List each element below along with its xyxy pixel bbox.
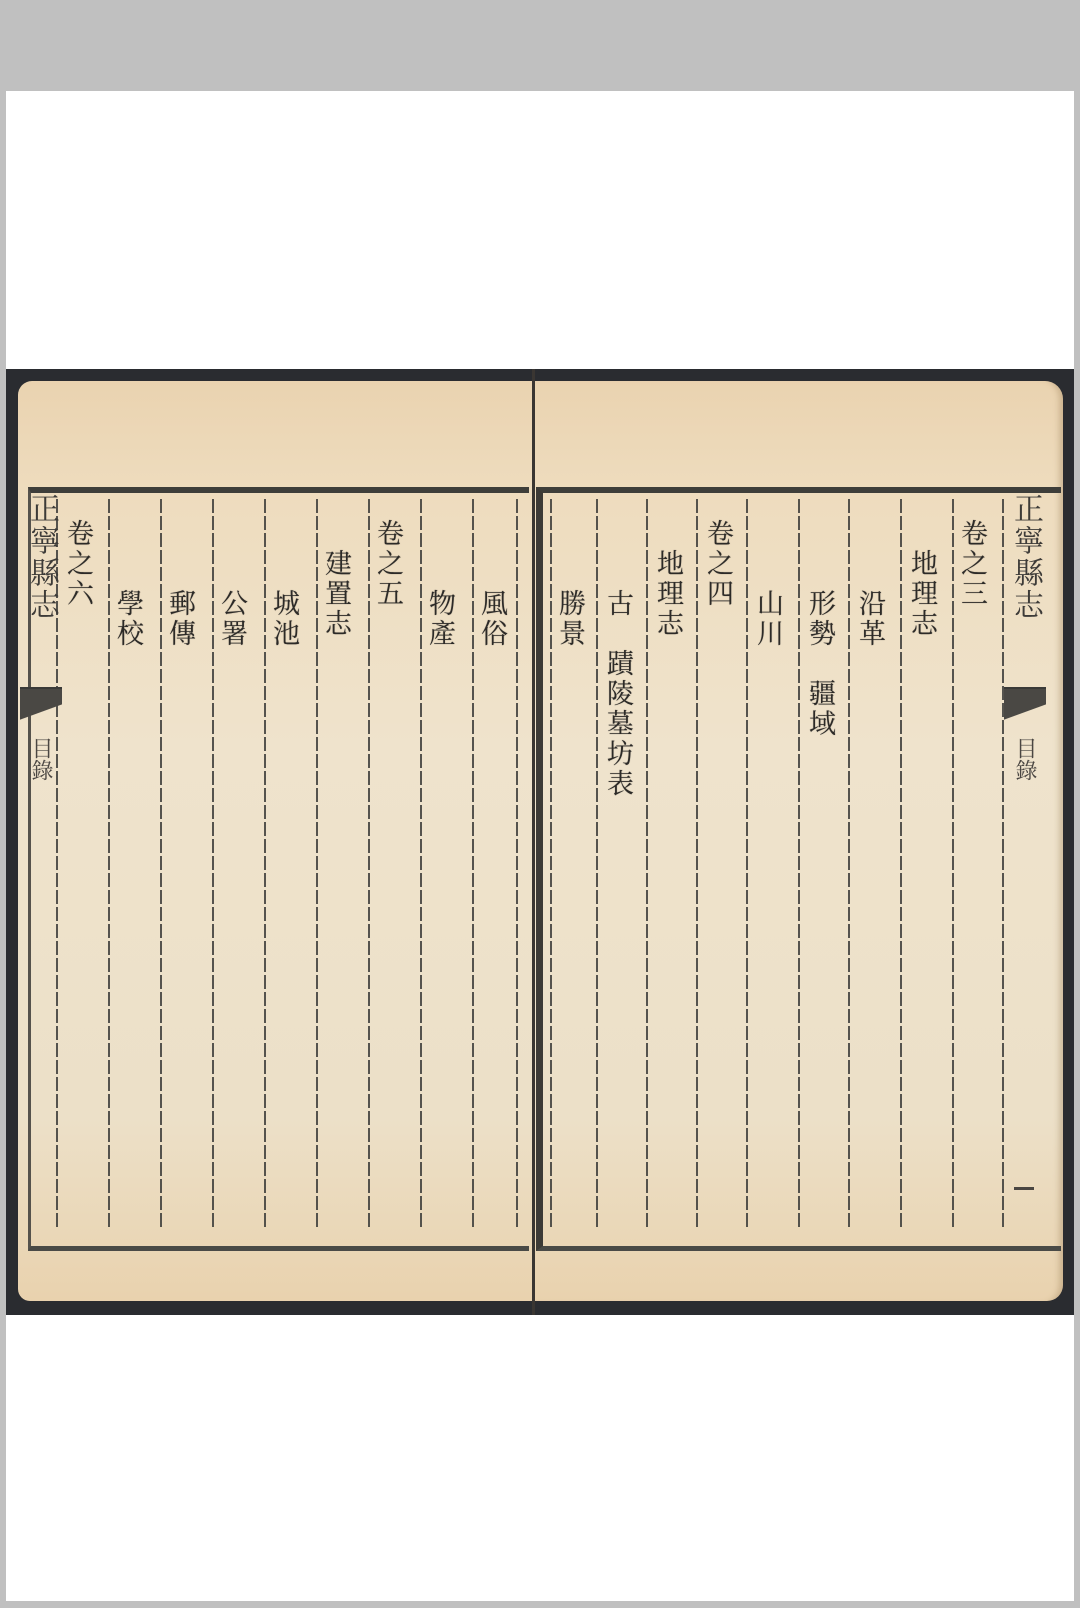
toc-volume-heading: 卷之四 bbox=[702, 519, 732, 609]
toc-entry: 城池 bbox=[268, 589, 298, 649]
banxin-title: 正寧縣志 bbox=[24, 493, 58, 621]
toc-entry: 學校 bbox=[112, 589, 142, 649]
fish-tail-mark-icon bbox=[20, 687, 62, 729]
column-rule bbox=[160, 499, 162, 1227]
column-rule bbox=[646, 499, 648, 1227]
toc-section-heading: 建置志 bbox=[320, 549, 350, 639]
column-rule bbox=[212, 499, 214, 1227]
toc-volume-heading: 卷之五 bbox=[372, 519, 402, 609]
column-rule bbox=[798, 499, 800, 1227]
column-rule bbox=[952, 499, 954, 1227]
toc-entry: 山川 bbox=[752, 589, 782, 649]
toc-entry: 郵傳 bbox=[164, 589, 194, 649]
banxin-left: 正寧縣志 目錄 bbox=[20, 487, 62, 1240]
toc-entry: 物產 bbox=[424, 589, 454, 649]
toc-entry: 公署 bbox=[216, 589, 246, 649]
banxin-section: 目錄 bbox=[1012, 737, 1040, 781]
column-rule bbox=[596, 499, 598, 1227]
column-rule bbox=[550, 499, 552, 1227]
column-rule bbox=[900, 499, 902, 1227]
image-viewer-canvas: 正寧縣志 目錄 正寧縣志 目錄 卷之三 地理志 沿革 形勢 疆域 山川 卷之四 … bbox=[6, 91, 1074, 1601]
toc-entry: 古 蹟陵墓坊表 bbox=[602, 589, 632, 799]
banxin-title: 正寧縣志 bbox=[1008, 493, 1042, 621]
toc-volume-heading: 卷之三 bbox=[956, 519, 986, 609]
column-rule bbox=[264, 499, 266, 1227]
column-rule bbox=[746, 499, 748, 1227]
toc-volume-heading: 卷之六 bbox=[62, 519, 92, 609]
column-rule bbox=[696, 499, 698, 1227]
book-scan: 正寧縣志 目錄 正寧縣志 目錄 卷之三 地理志 沿革 形勢 疆域 山川 卷之四 … bbox=[6, 369, 1074, 1315]
book-gutter bbox=[532, 369, 535, 1315]
toc-entry: 形勢 疆域 bbox=[804, 589, 834, 739]
column-rule bbox=[316, 499, 318, 1227]
toc-entry: 沿革 bbox=[854, 589, 884, 649]
column-rule bbox=[516, 499, 518, 1227]
banxin-section: 目錄 bbox=[28, 737, 56, 781]
column-rule bbox=[108, 499, 110, 1227]
column-rule bbox=[472, 499, 474, 1227]
banxin-right: 正寧縣志 目錄 bbox=[1004, 487, 1046, 1240]
column-rule bbox=[420, 499, 422, 1227]
column-rule bbox=[368, 499, 370, 1227]
column-rule bbox=[848, 499, 850, 1227]
toc-section-heading: 地理志 bbox=[906, 549, 936, 639]
fish-tail-mark-icon bbox=[1004, 687, 1046, 729]
toc-entry: 風俗 bbox=[476, 589, 506, 649]
page-number-mark bbox=[1014, 1187, 1034, 1190]
toc-entry: 勝景 bbox=[554, 589, 584, 649]
toc-section-heading: 地理志 bbox=[652, 549, 682, 639]
